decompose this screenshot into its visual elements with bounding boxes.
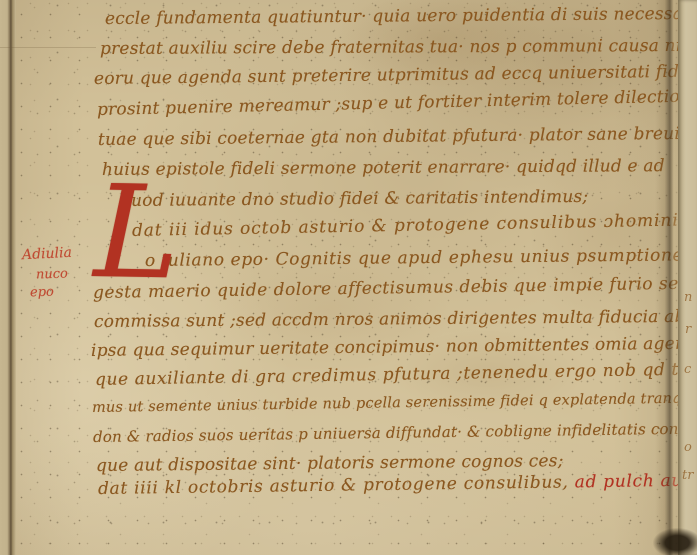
manuscript-line: prestat auxiliu scire debe fraternitas t…	[100, 36, 697, 59]
manuscript-line: don & radios suos ueritas p uniuersa dif…	[93, 419, 697, 446]
manuscript-line: prosint puenire mereamur ;sup e ut forti…	[97, 87, 680, 120]
margin-note-line: nuco	[36, 266, 68, 282]
parchment-crease	[0, 47, 96, 48]
manuscript-line: gesta maerio quide dolore affectisumus d…	[93, 274, 696, 303]
adjacent-page-text-fragment: n	[684, 290, 692, 305]
adjacent-page-text-fragment: c	[684, 362, 691, 377]
manuscript-line: eoru que agenda sunt preterire utprimitu…	[94, 61, 697, 89]
manuscript-page: eccle fundamenta quatiuntur· quia uero p…	[0, 0, 697, 555]
adjacent-page-text-fragment: r	[685, 322, 691, 337]
manuscript-line: dat iii idus octob asturio & protogene c…	[132, 210, 689, 241]
manuscript-line: tuae que sibi coeternae gta non dubitat …	[98, 124, 689, 150]
manuscript-line: eccle fundamenta quatiuntur· quia uero p…	[105, 4, 697, 29]
dateline-text: dat iiii kl octobris asturio & protogene…	[98, 472, 569, 499]
left-page-edge	[0, 0, 16, 555]
manuscript-line: huius epistole fideli sermone poterit en…	[102, 156, 665, 180]
manuscript-line: que aut dispositae sint· platoris sermon…	[96, 451, 564, 476]
margin-note-line: epo	[30, 285, 54, 301]
ink-blot	[653, 528, 697, 555]
manuscript-line: mus ut semente unius turbide nub pcella …	[92, 390, 697, 416]
margin-note-line: Adiulia	[22, 245, 73, 264]
drop-cap-initial: L	[93, 182, 180, 286]
manuscript-line: quod iuuante dno studio fidei & caritati…	[120, 187, 588, 211]
manuscript-line: ipsa qua sequimur ueritate concipimus· n…	[91, 334, 694, 361]
adjacent-page-text-fragment: tr	[682, 468, 693, 483]
manuscript-line: que auxiliante di gra credimus pfutura ;…	[95, 359, 697, 390]
manuscript-line: o iuliano epo· Cognitis que apud ephesu …	[145, 245, 697, 271]
dateline-rubric: ad pulch aug	[575, 471, 695, 493]
manuscript-line: commissa sunt ;sed accdm nros animos dir…	[94, 307, 686, 332]
adjacent-page-text-fragment: o	[684, 440, 692, 455]
